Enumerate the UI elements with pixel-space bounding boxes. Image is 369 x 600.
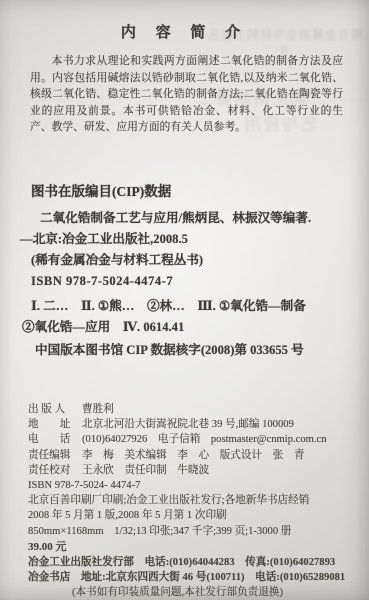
editors-row: 责任编辑李 梅 美术编辑 李 心 版式设计 张 青 [28,448,369,463]
row-label: 出 版 人 [28,402,74,417]
publisher-person-row: 出 版 人曹胜利 [28,402,369,417]
edition-line: 2008 年 5 月第 1 版,2008 年 5 月第 1 次印刷 [28,508,369,523]
phone-email-row: 电 话(010)64027926 电子信箱 postmaster@cnmip.c… [28,432,369,447]
return-notice-line: (本书如有印装质量问题,本社发行部负责退换) [28,585,369,600]
cip-index-line-1: Ⅰ. 二… Ⅱ. ①熊… ②林… Ⅲ. ①氧化锆—制备 [31,296,349,317]
row-value: 李 梅 美术编辑 李 心 版式设计 张 青 [82,450,304,461]
row-label: 责任校对 [28,463,74,478]
cip-heading: 图书在版编目(CIP)数据 [31,180,349,200]
content-summary-section: 内 容 简 介 本书力求从理论和实践两方面阐述二氧化锆的制备方法及应用。内容包括… [0,0,369,136]
row-value: (010)64027926 电子信箱 postmaster@cnmip.com.… [82,434,327,445]
cip-registry-line: 中国版本图书馆 CIP 数据核字(2008)第 033655 号 [31,340,349,361]
row-label: 电 话 [28,432,74,447]
format-line: 850mm×1168mm 1/32;13 印张;347 千字;399 页;1-3… [28,524,369,539]
cip-series-line: (稀有金属冶金与材料工程丛书) [31,250,349,271]
printer-line: 北京百善印刷厂印刷;冶金工业出版社发行;各地新华书店经销 [28,493,369,508]
cip-isbn-line: ISBN 978-7-5024-4474-7 [31,271,349,292]
row-value: 曹胜利 [82,404,114,415]
cip-title-line: 二氧化锆制备工艺与应用/熊炳昆、林振汉等编著. [31,208,349,229]
row-label: 责任编辑 [28,448,74,463]
cip-publisher-line: —北京:冶金工业出版社,2008.5 [20,229,349,250]
price-line: 39.00 元 [28,540,369,555]
distributor-line: 冶金工业出版社发行部 电话:(010)64044283 传真:(010)6402… [28,555,369,570]
address-row: 地 址北京北河沿大街嵩祝院北巷 39 号,邮编 100009 [28,417,369,432]
cip-index-line-2: ②氧化锆—应用 Ⅳ. 0614.41 [22,317,349,338]
row-label: 地 址 [28,417,74,432]
content-summary-heading: 内 容 简 介 [0,0,369,42]
content-summary-paragraph: 本书力求从理论和实践两方面阐述二氧化锆的制备方法及应用。内容包括用碱熔法以锆砂制… [30,53,343,136]
row-value: 北京北河沿大街嵩祝院北巷 39 号,邮编 100009 [82,419,294,430]
isbn-line: ISBN 978-7-5024- 4474-7 [28,478,369,493]
bookstore-line: 冶金书店 地址:北京东四西大街 46 号(100711) 电话:(010)652… [28,570,369,585]
cip-data-section: 图书在版编目(CIP)数据 二氧化锆制备工艺与应用/熊炳昆、林振汉等编著. —北… [0,180,369,361]
scanned-copyright-page: 稀有金属冶金与材料工程丛书 ——二氧化锆制备工艺与应用 内 容 简 介 本书力求… [0,0,369,600]
colophon-section: 出 版 人曹胜利 地 址北京北河沿大街嵩祝院北巷 39 号,邮编 100009 … [0,402,369,600]
row-value: 王永欣 责任印制 牛晓波 [82,465,209,476]
proofreader-row: 责任校对王永欣 责任印制 牛晓波 [28,463,369,478]
